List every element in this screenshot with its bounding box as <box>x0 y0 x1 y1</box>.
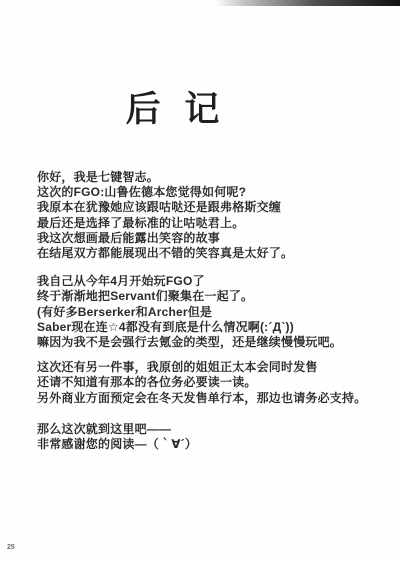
afterword-text: 你好，我是七键智志。 这次的FGO:山鲁佐德本您觉得如何呢? 我原本在犹豫她应该… <box>37 170 382 452</box>
text-line: 你好，我是七键智志。 <box>37 170 382 185</box>
text-line: 还请不知道有那本的各位务必要读一读。 <box>37 375 382 390</box>
text-line: Saber现在连☆4都没有到底是什么情况啊(:´Д`)) <box>37 320 382 335</box>
paragraph: 那么这次就到这里吧—— 非常感谢您的阅读—（｀∀´） <box>37 422 382 452</box>
paragraph: 这次还有另一件事，我原创的姐姐正太本会同时发售 还请不知道有那本的各位务必要读一… <box>37 360 382 406</box>
scan-artifact-top-edge <box>215 0 400 6</box>
paragraph: 我自己从今年4月开始玩FGO了 终于渐渐地把Servant们聚集在一起了。 (有… <box>37 274 382 350</box>
text-line: 嘛因为我不是会强行去氪金的类型，还是继续慢慢玩吧。 <box>37 335 382 350</box>
text-line: 另外商业方面预定会在冬天发售单行本，那边也请务必支持。 <box>37 391 382 406</box>
text-line: 最后还是选择了最标准的让咕哒君上。 <box>37 216 382 231</box>
text-line: (有好多Berserker和Archer但是 <box>37 305 382 320</box>
page-title: 后 记 <box>0 82 352 132</box>
document-page: 后 记 你好，我是七键智志。 这次的FGO:山鲁佐德本您觉得如何呢? 我原本在犹… <box>0 0 400 561</box>
page-number: 25 <box>7 544 15 551</box>
text-line: 那么这次就到这里吧—— <box>37 422 382 437</box>
text-line: 我原本在犹豫她应该跟咕哒还是跟弗格斯交缠 <box>37 200 382 215</box>
text-line: 这次还有另一件事，我原创的姐姐正太本会同时发售 <box>37 360 382 375</box>
paragraph: 你好，我是七键智志。 这次的FGO:山鲁佐德本您觉得如何呢? 我原本在犹豫她应该… <box>37 170 382 261</box>
text-line: 这次的FGO:山鲁佐德本您觉得如何呢? <box>37 185 382 200</box>
text-line: 我自己从今年4月开始玩FGO了 <box>37 274 382 289</box>
text-line: 我这次想画最后能露出笑容的故事 <box>37 231 382 246</box>
text-line: 非常感谢您的阅读—（｀∀´） <box>37 437 382 452</box>
text-line: 在结尾双方都能展现出不错的笑容真是太好了。 <box>37 246 382 261</box>
text-line: 终于渐渐地把Servant们聚集在一起了。 <box>37 289 382 304</box>
